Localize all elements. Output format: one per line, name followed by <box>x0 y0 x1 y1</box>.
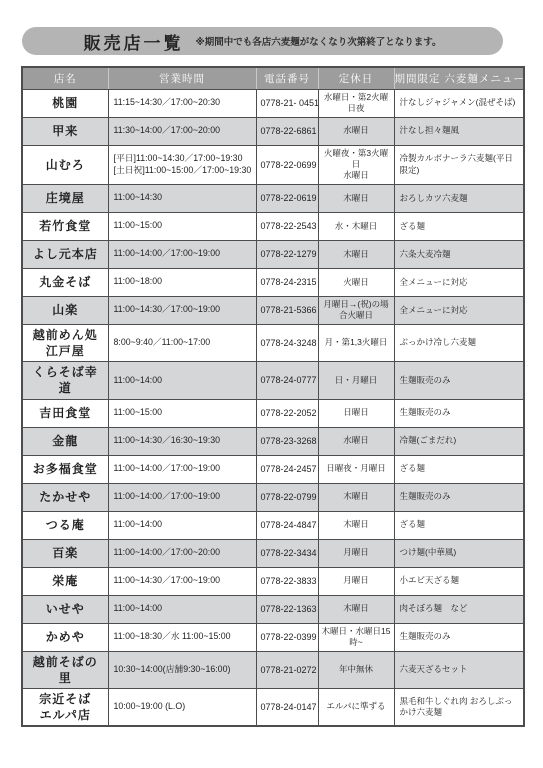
cell-name: つる庵 <box>22 511 108 539</box>
table-row: 山むろ[平日]11:00~14:30／17:00~19:30 [土日祝]11:0… <box>22 145 524 184</box>
cell-holiday: 木曜日 <box>318 240 394 268</box>
cell-phone: 0778-21- 0451 <box>256 89 318 117</box>
cell-hours: 11:00~14:30／17:00~19:00 <box>108 296 256 324</box>
cell-holiday: 日曜夜・月曜日 <box>318 455 394 483</box>
table-row: 丸金そば11:00~18:000778-24-2315火曜日全メニューに対応 <box>22 268 524 296</box>
cell-menu: ぶっかけ冷し六麦麺 <box>394 324 524 361</box>
cell-hours: 11:00~14:30／17:00~19:00 <box>108 567 256 595</box>
cell-holiday: 月曜日 <box>318 539 394 567</box>
cell-phone: 0778-21-0272 <box>256 651 318 688</box>
table-row: くらそば幸道11:00~14:000778-24-0777日・月曜日生麺販売のみ <box>22 362 524 399</box>
table-row: 山楽11:00~14:30／17:00~19:000778-21-5366月曜日… <box>22 296 524 324</box>
cell-name: 百楽 <box>22 539 108 567</box>
column-header-name: 店名 <box>22 67 108 89</box>
cell-phone: 0778-22-3833 <box>256 567 318 595</box>
table-row: 若竹食堂11:00~15:000778-22-2543水・木曜日ざる麺 <box>22 212 524 240</box>
cell-holiday: 月・第1,3火曜日 <box>318 324 394 361</box>
cell-phone: 0778-22-0619 <box>256 184 318 212</box>
cell-hours: 11:00~14:00／17:00~19:00 <box>108 483 256 511</box>
cell-menu: つけ麺(中華風) <box>394 539 524 567</box>
cell-holiday: 木曜日 <box>318 483 394 511</box>
table-row: 越前そばの里10:30~14:00(店舗9:30~16:00)0778-21-0… <box>22 651 524 688</box>
cell-menu: 冷麺(ごまだれ) <box>394 427 524 455</box>
cell-holiday: 火曜夜・第3火曜日 水曜日 <box>318 145 394 184</box>
cell-hours: 11:15~14:30／17:00~20:30 <box>108 89 256 117</box>
cell-hours: 11:00~18:30／水 11:00~15:00 <box>108 623 256 651</box>
table-row: 金龍11:00~14:30／16:30~19:300778-23-3268水曜日… <box>22 427 524 455</box>
cell-phone: 0778-22-2543 <box>256 212 318 240</box>
cell-menu: 汁なしジャジャメン(混ぜそば) <box>394 89 524 117</box>
cell-menu: 冷製カルボナーラ六麦麺(平日限定) <box>394 145 524 184</box>
cell-name: よし元本店 <box>22 240 108 268</box>
cell-phone: 0778-22-2052 <box>256 399 318 427</box>
page-title: 販売店一覧 <box>84 29 184 54</box>
cell-holiday: 水曜日 <box>318 427 394 455</box>
cell-phone: 0778-24-2457 <box>256 455 318 483</box>
page-title-banner: 販売店一覧 ※期間中でも各店六麦麺がなくなり次第終了となります。 <box>22 27 503 55</box>
cell-name: くらそば幸道 <box>22 362 108 399</box>
cell-hours: 11:00~14:30 <box>108 184 256 212</box>
cell-name: たかせや <box>22 483 108 511</box>
cell-phone: 0778-24-0147 <box>256 689 318 727</box>
cell-holiday: 月曜日→(祝)の場合火曜日 <box>318 296 394 324</box>
cell-name: 丸金そば <box>22 268 108 296</box>
cell-hours: [平日]11:00~14:30／17:00~19:30 [土日祝]11:00~1… <box>108 145 256 184</box>
column-header-menu: 期間限定 六麦麺メニュー <box>394 67 524 89</box>
cell-menu: 生麺販売のみ <box>394 623 524 651</box>
cell-name: 越前めん処 江戸屋 <box>22 324 108 361</box>
cell-holiday: 日・月曜日 <box>318 362 394 399</box>
cell-hours: 10:00~19:00 (L.O) <box>108 689 256 727</box>
cell-holiday: エルパに準ずる <box>318 689 394 727</box>
table-row: 宗近そば エルパ店10:00~19:00 (L.O)0778-24-0147エル… <box>22 689 524 727</box>
table-row: お多福食堂11:00~14:00／17:00~19:000778-24-2457… <box>22 455 524 483</box>
cell-holiday: 木曜日 <box>318 184 394 212</box>
table-row: 百楽11:00~14:00／17:00~20:000778-22-3434月曜日… <box>22 539 524 567</box>
cell-phone: 0778-22-6861 <box>256 117 318 145</box>
cell-phone: 0778-24-3248 <box>256 324 318 361</box>
cell-hours: 11:00~14:00／17:00~19:00 <box>108 455 256 483</box>
cell-menu: 肉そぼろ麺 など <box>394 595 524 623</box>
cell-holiday: 木曜日 <box>318 595 394 623</box>
cell-menu: 生麺販売のみ <box>394 483 524 511</box>
table-row: つる庵11:00~14:000778-24-4847木曜日ざる麺 <box>22 511 524 539</box>
cell-holiday: 木曜日 <box>318 511 394 539</box>
cell-holiday: 水・木曜日 <box>318 212 394 240</box>
cell-hours: 11:00~14:00／17:00~20:00 <box>108 539 256 567</box>
page-note: ※期間中でも各店六麦麺がなくなり次第終了となります。 <box>196 34 442 48</box>
cell-name: かめや <box>22 623 108 651</box>
table-row: 桃園11:15~14:30／17:00~20:300778-21- 0451水曜… <box>22 89 524 117</box>
cell-menu: おろしカツ六麦麺 <box>394 184 524 212</box>
cell-hours: 10:30~14:00(店舗9:30~16:00) <box>108 651 256 688</box>
cell-name: 吉田食堂 <box>22 399 108 427</box>
cell-phone: 0778-24-4847 <box>256 511 318 539</box>
table-row: 越前めん処 江戸屋8:00~9:40／11:00~17:000778-24-32… <box>22 324 524 361</box>
cell-menu: 六麦天ざるセット <box>394 651 524 688</box>
table-row: 吉田食堂11:00~15:000778-22-2052日曜日生麺販売のみ <box>22 399 524 427</box>
cell-name: 桃園 <box>22 89 108 117</box>
cell-name: いせや <box>22 595 108 623</box>
cell-name: 若竹食堂 <box>22 212 108 240</box>
cell-phone: 0778-24-2315 <box>256 268 318 296</box>
cell-holiday: 月曜日 <box>318 567 394 595</box>
cell-holiday: 水曜日 <box>318 117 394 145</box>
cell-hours: 11:00~15:00 <box>108 399 256 427</box>
cell-hours: 11:00~14:00 <box>108 595 256 623</box>
cell-phone: 0778-22-1363 <box>256 595 318 623</box>
cell-phone: 0778-23-3268 <box>256 427 318 455</box>
cell-phone: 0778-24-0777 <box>256 362 318 399</box>
table-row: よし元本店11:00~14:00／17:00~19:000778-22-1279… <box>22 240 524 268</box>
cell-menu: 生麺販売のみ <box>394 362 524 399</box>
cell-phone: 0778-22-3434 <box>256 539 318 567</box>
cell-menu: ざる麺 <box>394 511 524 539</box>
shop-table: 店名 営業時間 電話番号 定休日 期間限定 六麦麺メニュー 桃園11:15~14… <box>21 66 525 727</box>
column-header-holiday: 定休日 <box>318 67 394 89</box>
column-header-phone: 電話番号 <box>256 67 318 89</box>
shop-table-body: 桃園11:15~14:30／17:00~20:300778-21- 0451水曜… <box>22 89 524 726</box>
cell-hours: 11:00~14:00 <box>108 511 256 539</box>
header-row: 店名 営業時間 電話番号 定休日 期間限定 六麦麺メニュー <box>22 67 524 89</box>
cell-name: 山楽 <box>22 296 108 324</box>
cell-menu: 全メニューに対応 <box>394 296 524 324</box>
cell-name: 金龍 <box>22 427 108 455</box>
cell-hours: 11:00~14:00／17:00~19:00 <box>108 240 256 268</box>
cell-holiday: 木曜日・水曜日15時~ <box>318 623 394 651</box>
cell-menu: ざる麺 <box>394 212 524 240</box>
shop-table-header: 店名 営業時間 電話番号 定休日 期間限定 六麦麺メニュー <box>22 67 524 89</box>
cell-menu: 六条大麦冷麺 <box>394 240 524 268</box>
cell-name: 甲来 <box>22 117 108 145</box>
cell-holiday: 日曜日 <box>318 399 394 427</box>
cell-hours: 8:00~9:40／11:00~17:00 <box>108 324 256 361</box>
cell-phone: 0778-22-0399 <box>256 623 318 651</box>
cell-hours: 11:00~15:00 <box>108 212 256 240</box>
cell-hours: 11:00~14:00 <box>108 362 256 399</box>
cell-menu: 汁なし担々麺風 <box>394 117 524 145</box>
cell-name: 栄庵 <box>22 567 108 595</box>
cell-menu: 生麺販売のみ <box>394 399 524 427</box>
table-row: かめや11:00~18:30／水 11:00~15:000778-22-0399… <box>22 623 524 651</box>
cell-hours: 11:00~18:00 <box>108 268 256 296</box>
table-row: 庄境屋11:00~14:300778-22-0619木曜日おろしカツ六麦麺 <box>22 184 524 212</box>
cell-hours: 11:30~14:00／17:00~20:00 <box>108 117 256 145</box>
cell-name: お多福食堂 <box>22 455 108 483</box>
cell-menu: 小エビ天ざる麺 <box>394 567 524 595</box>
table-row: いせや11:00~14:000778-22-1363木曜日肉そぼろ麺 など <box>22 595 524 623</box>
cell-name: 山むろ <box>22 145 108 184</box>
cell-phone: 0778-22-0699 <box>256 145 318 184</box>
cell-holiday: 火曜日 <box>318 268 394 296</box>
cell-phone: 0778-22-0799 <box>256 483 318 511</box>
cell-phone: 0778-21-5366 <box>256 296 318 324</box>
cell-name: 宗近そば エルパ店 <box>22 689 108 727</box>
table-row: 甲来11:30~14:00／17:00~20:000778-22-6861水曜日… <box>22 117 524 145</box>
cell-menu: 黒毛和牛しぐれ肉 おろしぶっかけ六麦麺 <box>394 689 524 727</box>
table-row: たかせや11:00~14:00／17:00~19:000778-22-0799木… <box>22 483 524 511</box>
cell-phone: 0778-22-1279 <box>256 240 318 268</box>
table-row: 栄庵11:00~14:30／17:00~19:000778-22-3833月曜日… <box>22 567 524 595</box>
cell-menu: 全メニューに対応 <box>394 268 524 296</box>
cell-hours: 11:00~14:30／16:30~19:30 <box>108 427 256 455</box>
column-header-hours: 営業時間 <box>108 67 256 89</box>
cell-name: 庄境屋 <box>22 184 108 212</box>
cell-name: 越前そばの里 <box>22 651 108 688</box>
cell-holiday: 年中無休 <box>318 651 394 688</box>
cell-menu: ざる麺 <box>394 455 524 483</box>
document-page: 販売店一覧 ※期間中でも各店六麦麺がなくなり次第終了となります。 店名 営業時間… <box>0 0 543 768</box>
cell-holiday: 水曜日・第2火曜日夜 <box>318 89 394 117</box>
